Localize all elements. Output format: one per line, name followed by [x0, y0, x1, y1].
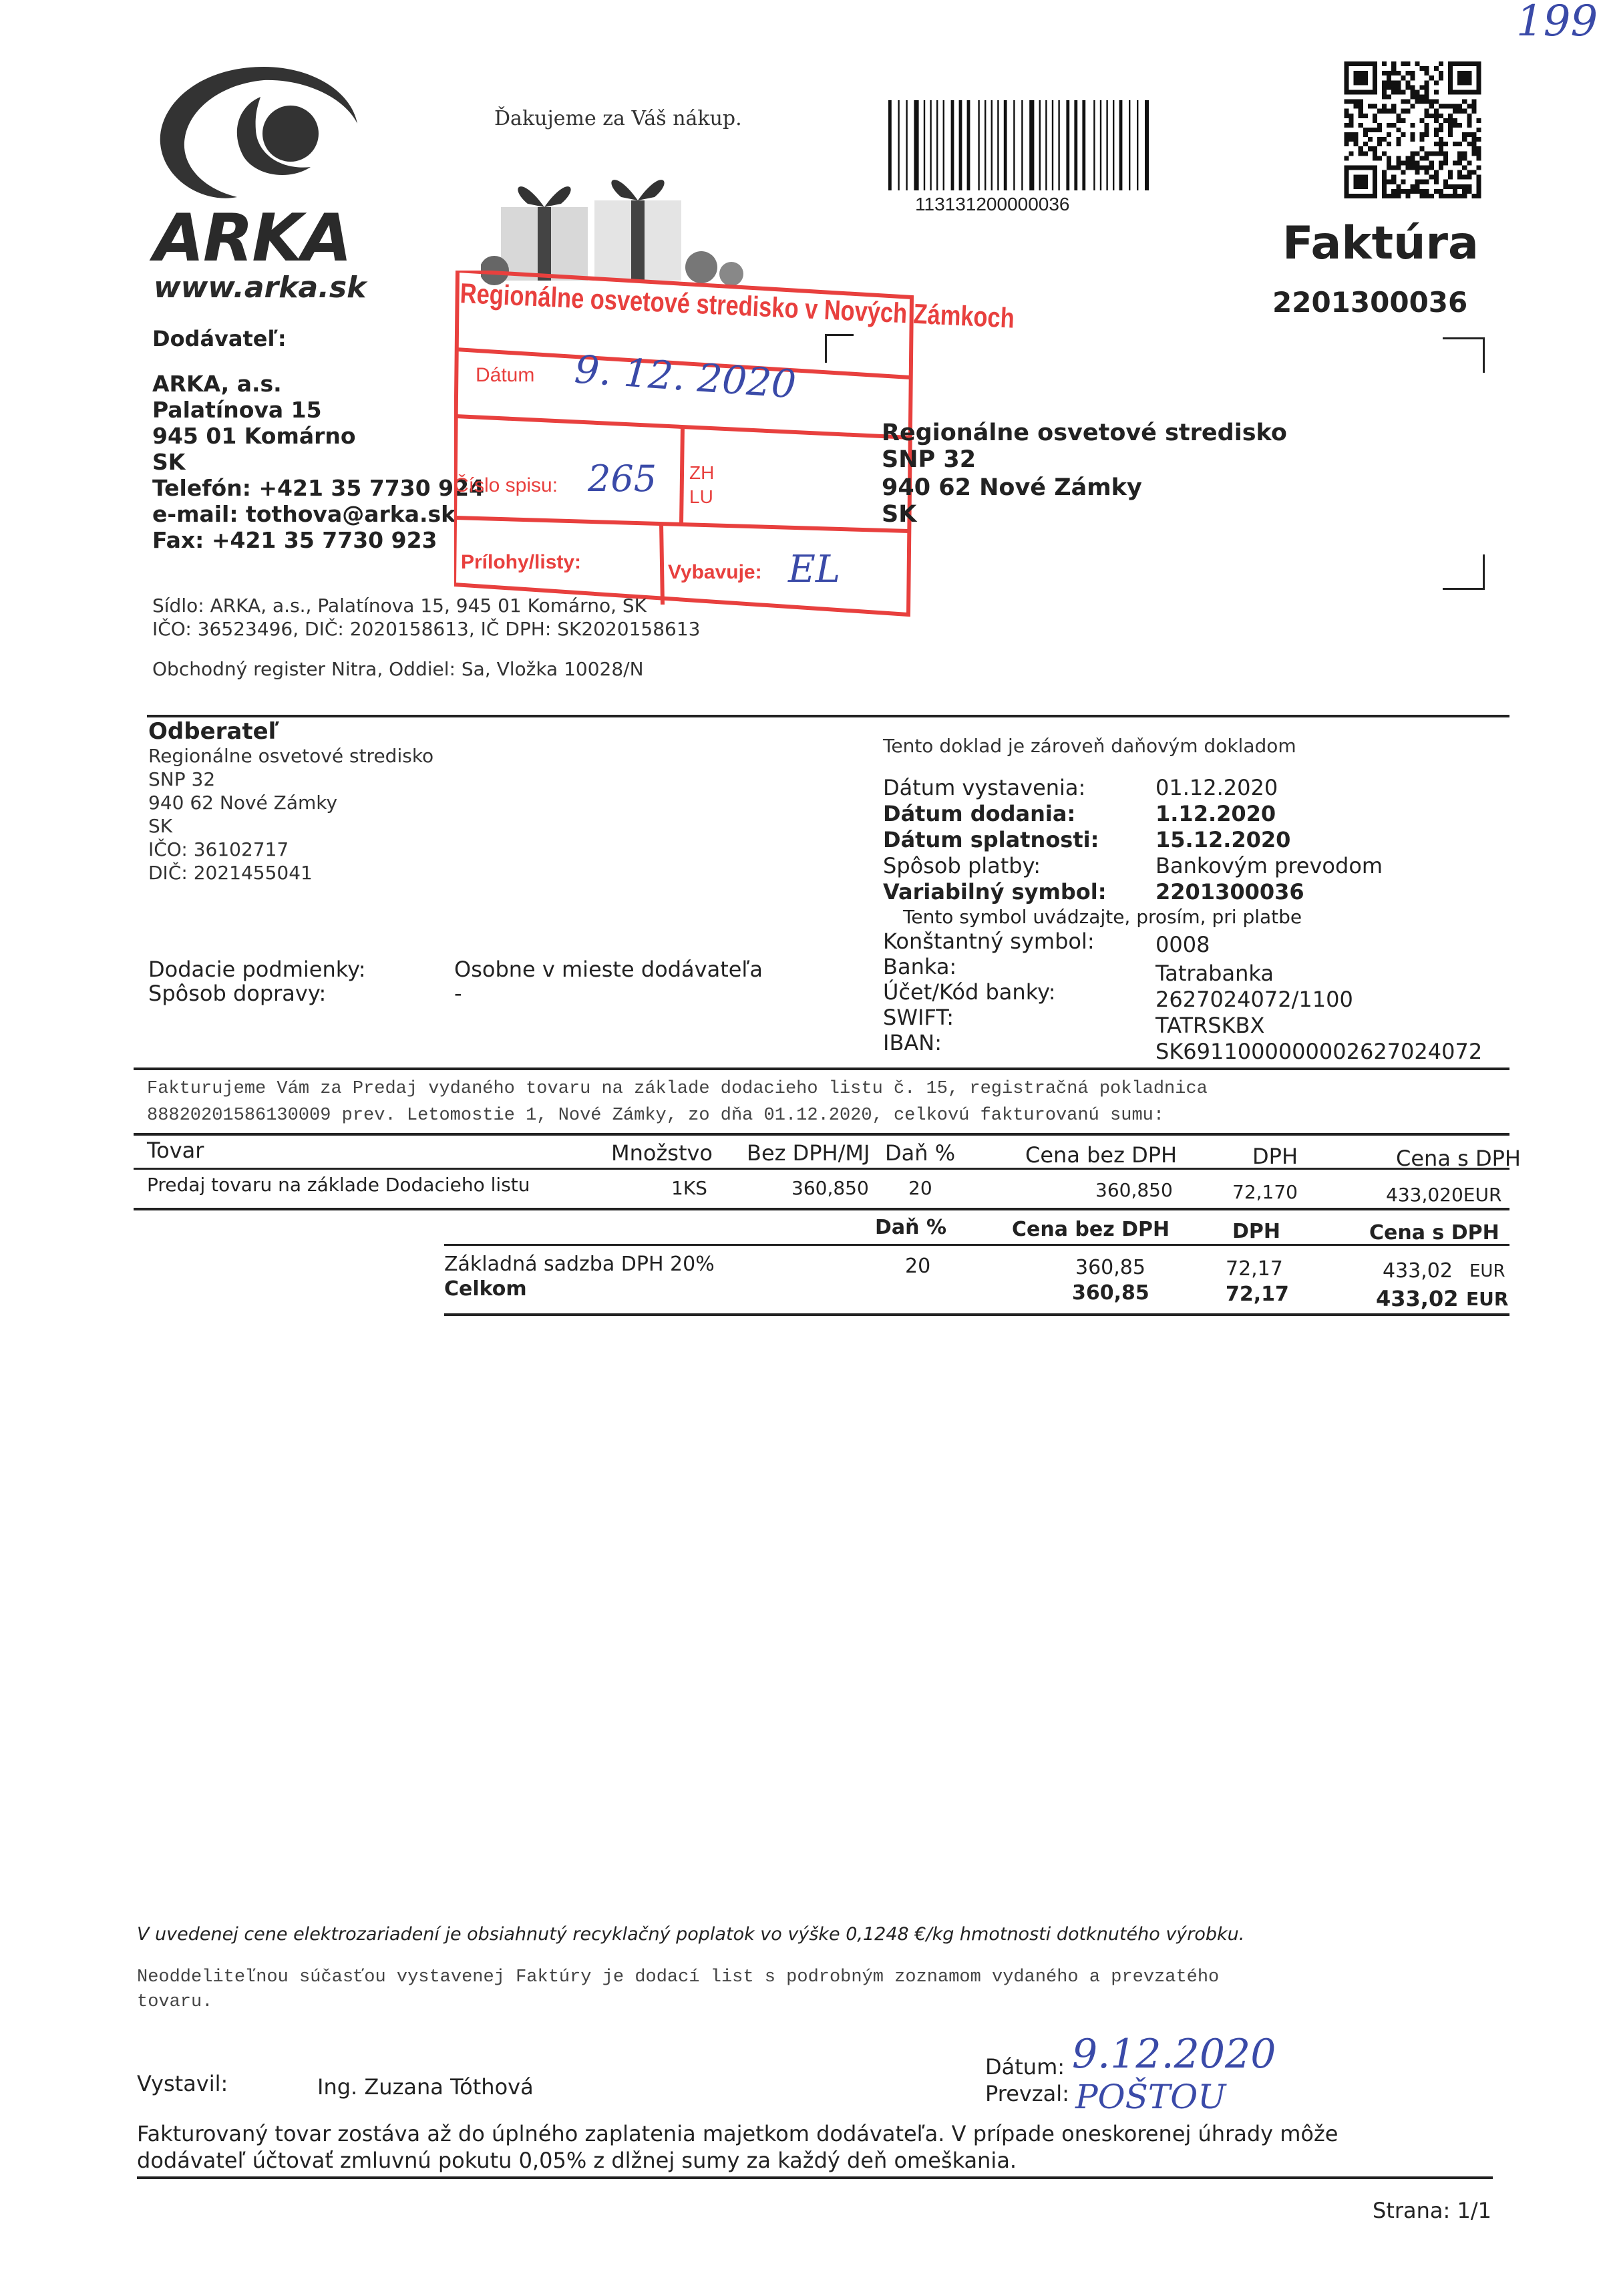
col-header-unit-price: Bez DPH/MJ	[747, 1140, 870, 1166]
variable-symbol-note: Tento symbol uvádzajte, prosím, pri plat…	[903, 906, 1302, 928]
sum-header-gross: Cena s DPH	[1369, 1221, 1499, 1245]
swift-code: TATRSKBX	[1155, 1013, 1264, 1038]
rate-row-currency: EUR	[1469, 1261, 1505, 1281]
qr-code-icon	[1343, 61, 1483, 198]
rate-row-label: Základná sadzba DPH 20%	[444, 1253, 715, 1276]
received-by-label: Prevzal:	[985, 2081, 1069, 2106]
bank-label: Banka:	[883, 954, 956, 979]
addressee-line: 940 62 Nové Zámky	[882, 474, 1142, 501]
handwritten-page-number: 199	[1516, 0, 1598, 46]
cell-unit-price: 360,850	[791, 1177, 869, 1199]
supplier-register: Obchodný register Nitra, Oddiel: Sa, Vlo…	[152, 658, 644, 680]
due-date-label: Dátum splatnosti:	[883, 827, 1099, 852]
invoice-intro-line2: 88820201586130009 prev. Letomostie 1, No…	[147, 1106, 1164, 1126]
supplier-city: 945 01 Komárno	[152, 423, 356, 449]
divider	[134, 1208, 1509, 1210]
cell-vat: 72,170	[1232, 1181, 1298, 1203]
swift-label: SWIFT:	[883, 1005, 954, 1030]
delivery-date: 1.12.2020	[1155, 801, 1276, 826]
divider	[134, 1133, 1509, 1136]
stamp-attachments-label: Prílohy/listy:	[461, 551, 581, 574]
cell-qty: 1KS	[671, 1177, 707, 1199]
sum-header-vat: DPH	[1232, 1220, 1280, 1243]
col-header-tax: Daň %	[885, 1140, 955, 1166]
total-row-currency: EUR	[1466, 1288, 1508, 1310]
account-label: Účet/Kód banky:	[883, 979, 1055, 1005]
divider	[137, 2176, 1493, 2179]
attachment-note-line2: tovaru.	[137, 1992, 212, 2012]
page-indicator: Strana: 1/1	[1373, 2198, 1491, 2223]
divider	[134, 1168, 1509, 1170]
supplier-phone: Telefón: +421 35 7730 924	[152, 475, 484, 501]
bank-name: Tatrabanka	[1155, 961, 1274, 986]
customer-line: SK	[148, 815, 172, 837]
iban: SK6911000000002627024072	[1155, 1039, 1482, 1064]
customer-label: Odberateľ	[148, 718, 279, 745]
divider	[134, 1068, 1509, 1070]
stamp-lu: LU	[689, 486, 713, 508]
total-row-label: Celkom	[444, 1277, 527, 1301]
total-row-gross: 433,02	[1376, 1286, 1458, 1311]
supplier-fax: Fax: +421 35 7730 923	[152, 527, 437, 553]
constant-symbol-label: Konštantný symbol:	[883, 929, 1095, 954]
stamp-file-handwritten: 265	[588, 458, 657, 500]
addressee-line: Regionálne osvetové stredisko	[882, 420, 1287, 446]
transport-label: Spôsob dopravy:	[148, 981, 326, 1006]
addressee-line: SNP 32	[882, 446, 976, 473]
col-header-item: Tovar	[147, 1138, 204, 1163]
invoice-number: 2201300036	[1272, 286, 1467, 319]
stamp-zh: ZH	[689, 462, 714, 484]
customer-ico: IČO: 36102717	[148, 838, 289, 860]
iban-label: IBAN:	[883, 1030, 942, 1055]
stamp-file-label: Číslo spisu:	[454, 474, 558, 497]
col-header-net: Cena bez DPH	[1025, 1142, 1177, 1168]
supplier-name: ARKA, a.s.	[152, 371, 282, 397]
sum-header-net: Cena bez DPH	[1012, 1218, 1170, 1241]
rate-row-tax: 20	[905, 1255, 930, 1278]
delivery-terms: Osobne v mieste dodávateľa	[454, 957, 763, 982]
col-header-vat: DPH	[1252, 1144, 1298, 1169]
rate-row-vat: 72,17	[1226, 1257, 1283, 1281]
account-number: 2627024072/1100	[1155, 987, 1353, 1012]
ownership-note-line2: dodávateľ účtovať zmluvnú pokutu 0,05% z…	[137, 2148, 1017, 2173]
rate-row-net: 360,85	[1075, 1256, 1145, 1279]
stamp-date-label: Dátum	[476, 364, 534, 387]
recycling-note: V uvedenej cene elektrozariadení je obsi…	[137, 1924, 1244, 1945]
divider	[147, 715, 1509, 717]
col-header-qty: Množstvo	[611, 1140, 713, 1166]
customer-line: SNP 32	[148, 768, 215, 790]
stamp-handler-handwritten: EL	[788, 548, 840, 591]
window-corner-top-right	[1443, 337, 1485, 373]
attachment-note-line1: Neoddeliteľnou súčasťou vystavenej Faktú…	[137, 1967, 1219, 1987]
variable-symbol-label: Variabilný symbol:	[883, 879, 1106, 905]
supplier-country: SK	[152, 449, 185, 475]
supplier-seat: Sídlo: ARKA, a.s., Palatínova 15, 945 01…	[152, 595, 647, 617]
supplier-street: Palatínova 15	[152, 397, 322, 423]
customer-line: Regionálne osvetové stredisko	[148, 745, 433, 767]
total-row-net: 360,85	[1072, 1281, 1149, 1305]
delivery-terms-label: Dodacie podmienky:	[148, 957, 366, 982]
supplier-label: Dodávateľ:	[152, 326, 287, 351]
rate-row-gross: 433,02	[1383, 1259, 1453, 1283]
invoice-intro-line1: Fakturujeme Vám za Predaj vydaného tovar…	[147, 1079, 1208, 1099]
issue-date: 01.12.2020	[1155, 775, 1278, 800]
received-by-handwritten: POŠTOU	[1075, 2078, 1226, 2116]
variable-symbol: 2201300036	[1155, 879, 1304, 905]
customer-dic: DIČ: 2021455041	[148, 862, 313, 884]
received-date-label: Dátum:	[985, 2054, 1065, 2080]
thanks-banner: Ďakujeme za Váš nákup.	[494, 107, 742, 130]
cell-gross: 433,020EUR	[1386, 1184, 1501, 1206]
addressee-line: SK	[882, 501, 916, 528]
payment-method-label: Spôsob platby:	[883, 853, 1041, 878]
stamp-handler-label: Vybavuje:	[668, 561, 762, 584]
total-row-vat: 72,17	[1226, 1283, 1289, 1306]
arka-logo-icon	[144, 60, 384, 207]
logo-name: ARKA	[154, 200, 351, 277]
supplier-ids: IČO: 36523496, DIČ: 2020158613, IČ DPH: …	[152, 618, 700, 640]
barcode-number: 113131200000036	[915, 194, 1070, 215]
barcode-icon	[888, 100, 1149, 190]
delivery-date-label: Dátum dodania:	[883, 801, 1075, 826]
issue-date-label: Dátum vystavenia:	[883, 775, 1085, 800]
divider	[444, 1244, 1509, 1246]
divider	[444, 1313, 1509, 1316]
transport-value: -	[454, 981, 462, 1006]
document-title: Faktúra	[1282, 217, 1479, 270]
ownership-note-line1: Fakturovaný tovar zostáva až do úplného …	[137, 2121, 1338, 2146]
sum-header-tax: Daň %	[875, 1216, 946, 1239]
window-corner-bottom-right	[1443, 554, 1485, 590]
tax-document-note: Tento doklad je zároveň daňovým dokladom	[883, 735, 1296, 757]
cell-tax: 20	[908, 1177, 932, 1199]
cell-net: 360,850	[1095, 1179, 1173, 1201]
due-date: 15.12.2020	[1155, 827, 1290, 852]
cell-item: Predaj tovaru na základe Dodacieho listu	[147, 1174, 530, 1196]
issued-by-name: Ing. Zuzana Tóthová	[317, 2074, 534, 2100]
issued-by-label: Vystavil:	[137, 2071, 228, 2096]
supplier-email[interactable]: e-mail: tothova@arka.sk	[152, 501, 456, 527]
logo-url: www.arka.sk	[154, 271, 366, 305]
gift-boxes-icon	[481, 147, 775, 287]
received-date-handwritten: 9.12.2020	[1072, 2031, 1276, 2078]
customer-line: 940 62 Nové Zámky	[148, 792, 337, 814]
payment-method: Bankovým prevodom	[1155, 853, 1383, 878]
constant-symbol: 0008	[1155, 932, 1210, 957]
